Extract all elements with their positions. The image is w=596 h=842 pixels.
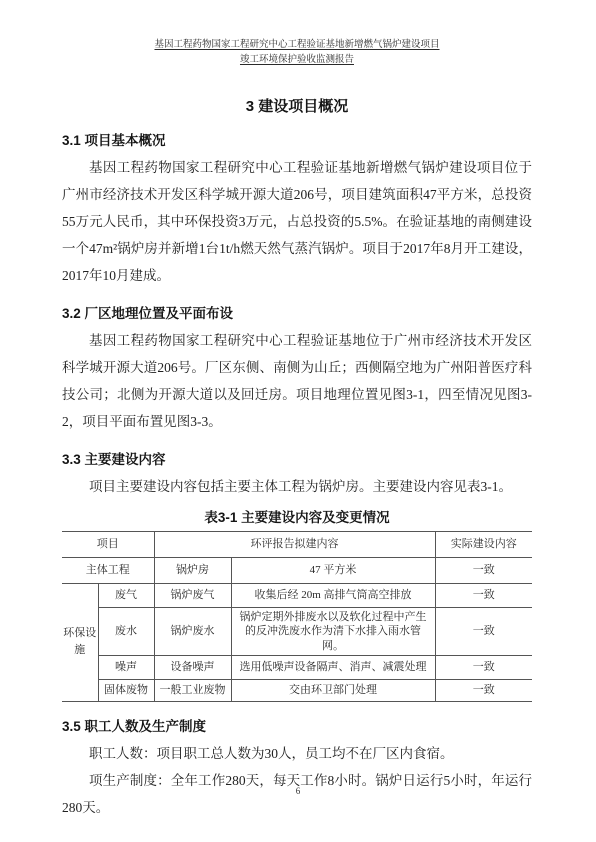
- paragraph-3-2: 基因工程药物国家工程研究中心工程验证基地位于广州市经济技术开发区科学城开源大道2…: [62, 327, 532, 435]
- table-row-solid-waste: 固体废物 一般工业废物 交由环卫部门处理 一致: [62, 679, 532, 701]
- cell-actual: 一致: [435, 655, 532, 679]
- section-heading-3-5: 3.5 职工人数及生产制度: [62, 715, 532, 735]
- cell-actual: 一致: [435, 679, 532, 701]
- running-head-line2: 竣工环境保护验收监测报告: [62, 53, 532, 68]
- running-head: 基因工程药物国家工程研究中心工程验证基地新增燃气锅炉建设项目 竣工环境保护验收监…: [62, 38, 532, 68]
- running-head-line1: 基因工程药物国家工程研究中心工程验证基地新增燃气锅炉建设项目: [62, 38, 532, 53]
- construction-content-table: 项目 环评报告拟建内容 实际建设内容 主体工程 锅炉房 47 平方米 一致 环保…: [62, 531, 532, 702]
- table-row-waste-water: 废水 锅炉废水 锅炉定期外排废水以及软化过程中产生的反冲洗废水作为清下水排入雨水…: [62, 608, 532, 656]
- table-row-main-project: 主体工程 锅炉房 47 平方米 一致: [62, 558, 532, 584]
- cell-content: 交由环卫部门处理: [231, 679, 435, 701]
- cell-item: 噪声: [98, 655, 154, 679]
- cell-content: 收集后经 20m 高排气筒高空排放: [231, 584, 435, 608]
- env-facility-group-label: 环保设施: [62, 584, 98, 702]
- cell-actual: 一致: [435, 558, 532, 584]
- cell-item: 主体工程: [62, 558, 154, 584]
- cell-item: 固体废物: [98, 679, 154, 701]
- table-title: 表3-1 主要建设内容及变更情况: [62, 506, 532, 526]
- page-number: 6: [0, 786, 596, 796]
- section-heading-3-1: 3.1 项目基本概况: [62, 129, 532, 149]
- chapter-title: 3 建设项目概况: [62, 95, 532, 116]
- cell-actual: 一致: [435, 584, 532, 608]
- header-cell-item: 项目: [62, 532, 154, 558]
- cell-item: 废水: [98, 608, 154, 656]
- section-heading-3-3: 3.3 主要建设内容: [62, 448, 532, 468]
- cell-actual: 一致: [435, 608, 532, 656]
- paragraph-3-3: 项目主要建设内容包括主要主体工程为锅炉房。主要建设内容见表3-1。: [62, 473, 532, 500]
- paragraph-3-1: 基因工程药物国家工程研究中心工程验证基地新增燃气锅炉建设项目位于广州市经济技术开…: [62, 154, 532, 289]
- table-row-waste-gas: 环保设施 废气 锅炉废气 收集后经 20m 高排气筒高空排放 一致: [62, 584, 532, 608]
- cell-sub: 一般工业废物: [154, 679, 231, 701]
- cell-content: 选用低噪声设备隔声、消声、减震处理: [231, 655, 435, 679]
- cell-content: 47 平方米: [231, 558, 435, 584]
- header-cell-eia: 环评报告拟建内容: [154, 532, 435, 558]
- section-heading-3-2: 3.2 厂区地理位置及平面布设: [62, 302, 532, 322]
- document-page: 基因工程药物国家工程研究中心工程验证基地新增燃气锅炉建设项目 竣工环境保护验收监…: [0, 0, 596, 842]
- cell-sub: 锅炉废气: [154, 584, 231, 608]
- cell-item: 废气: [98, 584, 154, 608]
- cell-sub: 锅炉废水: [154, 608, 231, 656]
- header-cell-actual: 实际建设内容: [435, 532, 532, 558]
- paragraph-3-5-staff: 职工人数：项目职工总人数为30人，员工均不在厂区内食宿。: [62, 740, 532, 767]
- table-header-row: 项目 环评报告拟建内容 实际建设内容: [62, 532, 532, 558]
- cell-content: 锅炉定期外排废水以及软化过程中产生的反冲洗废水作为清下水排入雨水管网。: [231, 608, 435, 656]
- table-row-noise: 噪声 设备噪声 选用低噪声设备隔声、消声、减震处理 一致: [62, 655, 532, 679]
- cell-sub: 设备噪声: [154, 655, 231, 679]
- cell-sub: 锅炉房: [154, 558, 231, 584]
